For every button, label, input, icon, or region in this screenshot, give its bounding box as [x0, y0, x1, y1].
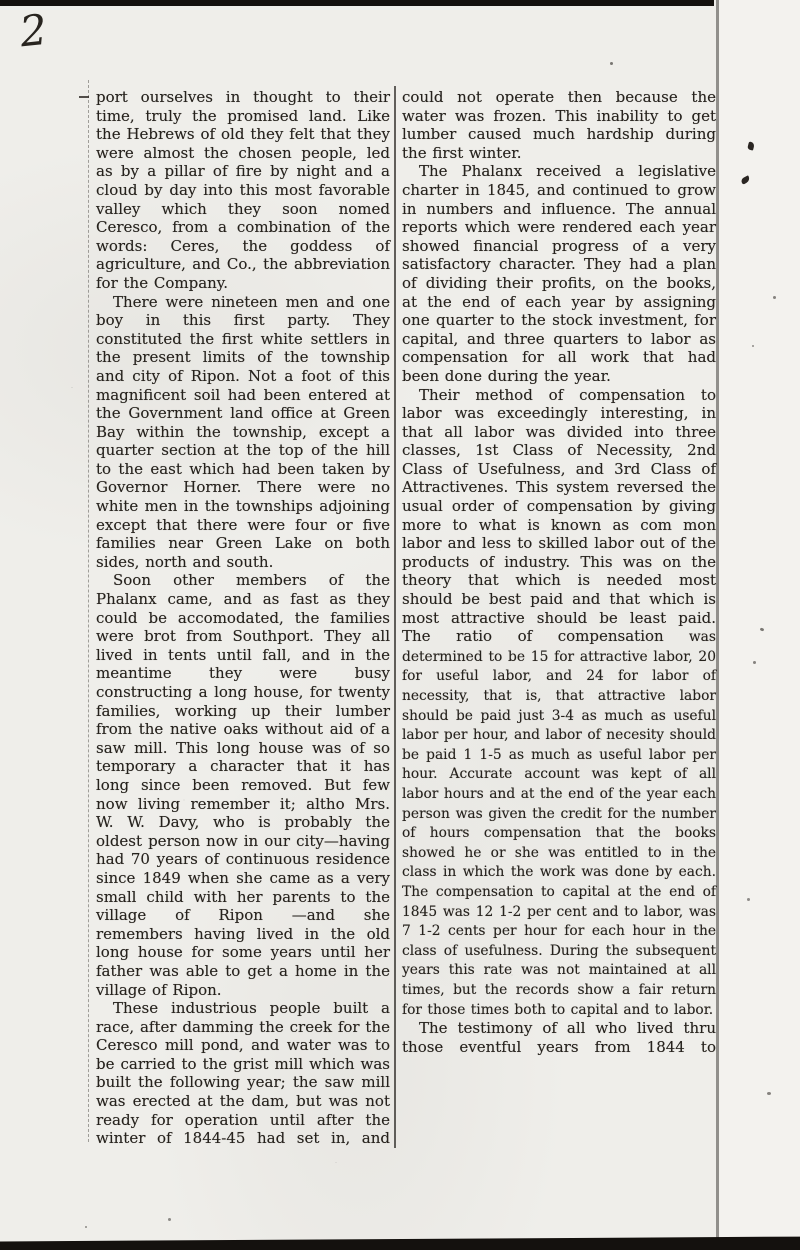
paragraph-text: There were nineteen men and one boy in t… [96, 293, 390, 571]
paragraph-text: The testimony of all who lived thru thos… [402, 1019, 716, 1056]
column-divider-rule [394, 86, 396, 1148]
handwritten-page-number: 2 [18, 5, 50, 57]
scan-edge-bottom-bar [0, 1236, 800, 1250]
paragraph: The Phalanx received a legislative chart… [402, 162, 716, 385]
page-outer-margin [719, 0, 800, 1250]
paragraph: There were nineteen men and one boy in t… [96, 293, 390, 572]
scan-artifact-dash [79, 96, 89, 98]
column-left: port ourselves in thought to their time,… [96, 88, 390, 1148]
ink-speck [610, 62, 613, 65]
ink-speck [168, 1218, 171, 1221]
right-margin-rule [716, 0, 719, 1250]
paragraph: port ourselves in thought to their time,… [96, 88, 390, 293]
paragraph: Soon other members of the Phalanx came, … [96, 571, 390, 999]
paragraph: The testimony of all who lived thru thos… [402, 1019, 716, 1056]
left-column-rule [88, 80, 89, 1142]
column-right: could not operate then because the water… [402, 88, 716, 1056]
paragraph: Their method of compensation to labor wa… [402, 386, 716, 1020]
paragraph: could not operate then because the water… [402, 88, 716, 162]
paragraph: These industrious people built a race, a… [96, 999, 390, 1148]
ink-speck [85, 1226, 87, 1228]
scan-edge-top-bar [0, 0, 714, 6]
paragraph-text: could not operate then because the water… [402, 88, 716, 162]
paragraph-text: Their method of compensation to labor wa… [402, 386, 716, 646]
paragraph-text: The Phalanx received a legislative chart… [402, 162, 716, 385]
paragraph-text: Soon other members of the Phalanx came, … [96, 571, 390, 998]
paragraph-text: port ourselves in thought to their time,… [96, 88, 390, 292]
paragraph-text-small-type: was determined to be 15 for attractive l… [402, 629, 716, 1017]
paragraph-text: These industrious people built a race, a… [96, 999, 390, 1147]
scanned-document-page: 2 port ourselves in thought to their tim… [0, 0, 800, 1250]
